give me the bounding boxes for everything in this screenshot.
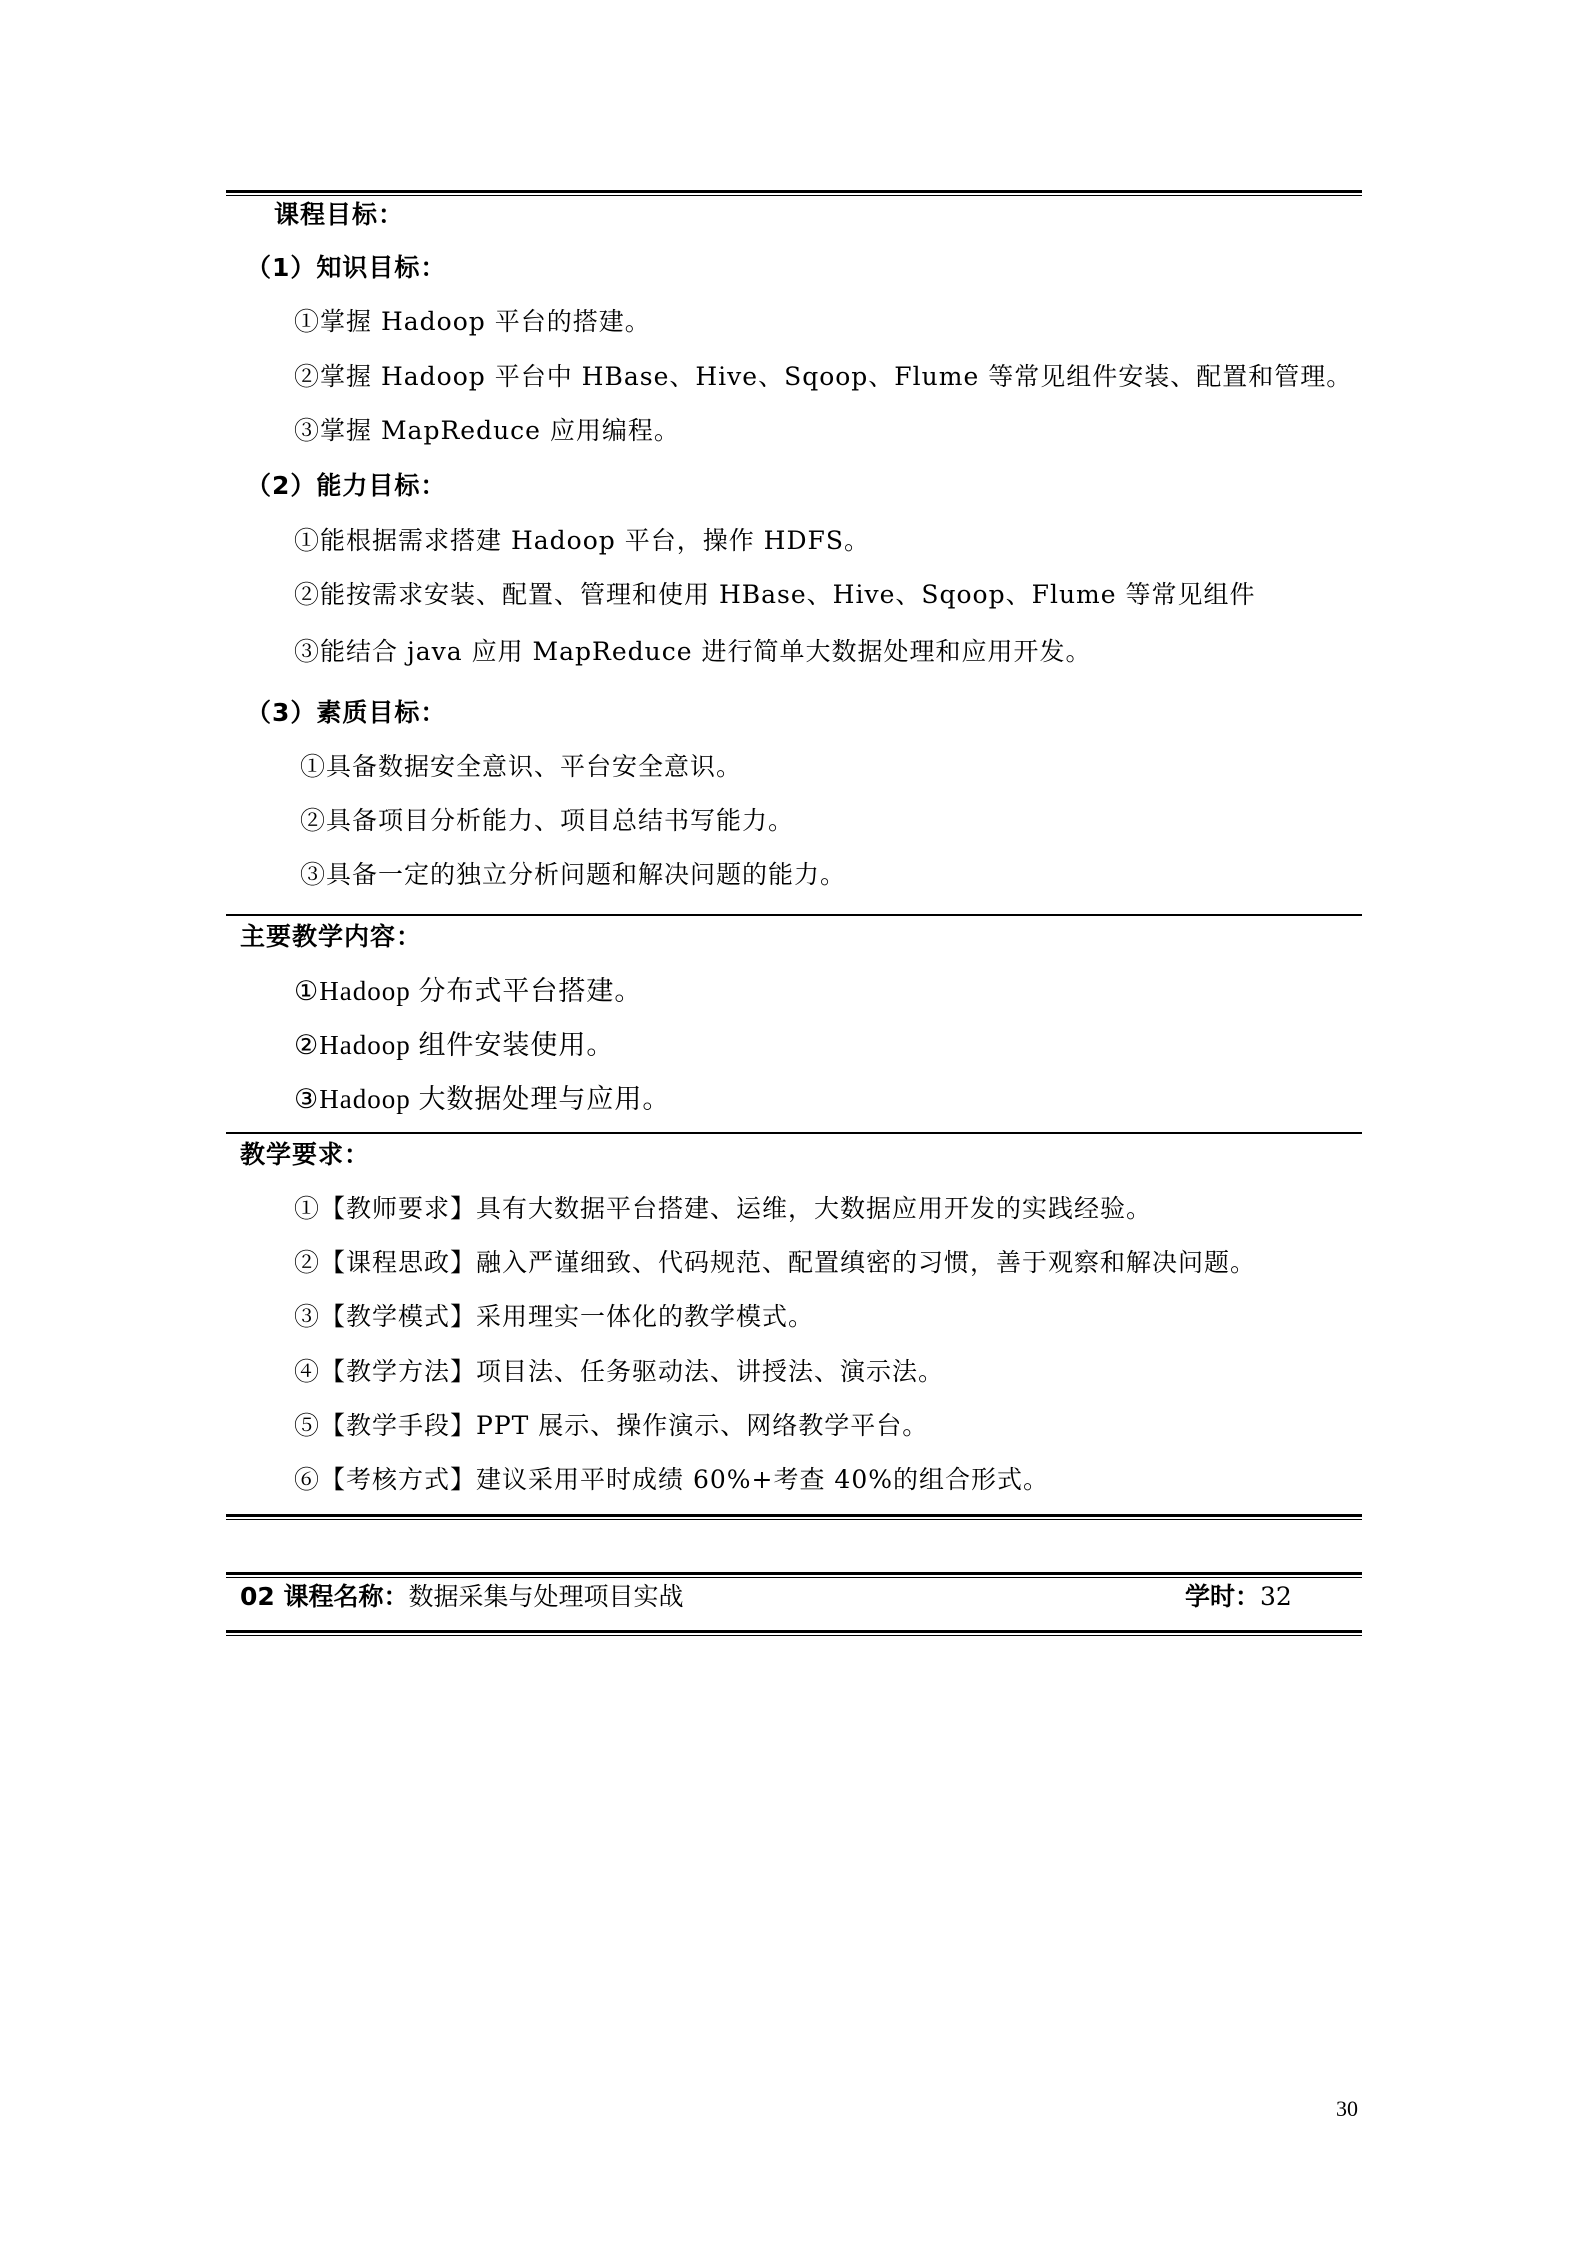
quality-objectives-heading: （3）素质目标： [246,698,446,728]
main-content-item: ③Hadoop 大数据处理与应用。 [294,1084,670,1114]
teaching-requirements-title: 教学要求： [240,1140,370,1170]
page-number: 30 [1336,2096,1358,2122]
section-divider [226,914,1362,916]
main-content-item: ①Hadoop 分布式平台搭建。 [294,976,642,1006]
teaching-requirement-item: ④【教学方法】项目法、任务驱动法、讲授法、演示法。 [294,1357,944,1387]
course-name: 数据采集与处理项目实战 [409,1582,684,1611]
teaching-requirement-item: ⑤【教学手段】PPT 展示、操作演示、网络教学平台。 [294,1411,928,1441]
ability-objective-item: ③能结合 java 应用 MapReduce 进行简单大数据处理和应用开发。 [294,637,1092,667]
course-objectives-title: 课程目标： [274,200,404,230]
top-double-rule [226,190,1362,196]
course-header-top-rule [226,1572,1362,1578]
hours-label: 学时： [1185,1582,1260,1611]
knowledge-objective-item: ①掌握 Hadoop 平台的搭建。 [294,307,651,337]
quality-objective-item: ②具备项目分析能力、项目总结书写能力。 [300,806,794,836]
quality-objective-item: ①具备数据安全意识、平台安全意识。 [300,752,742,782]
ability-objectives-heading: （2）能力目标： [246,471,446,501]
section-divider [226,1132,1362,1134]
main-content-item: ②Hadoop 组件安装使用。 [294,1030,614,1060]
course-name-label: 02 课程名称： [240,1582,409,1611]
course-hours: 学时：32 [1185,1582,1292,1612]
course-header-bottom-rule [226,1630,1362,1636]
document-page: 课程目标： （1）知识目标： ①掌握 Hadoop 平台的搭建。 ②掌握 Had… [0,0,1587,2245]
ability-objective-item: ②能按需求安装、配置、管理和使用 HBase、Hive、Sqoop、Flume … [294,580,1256,610]
next-course-header: 02 课程名称：数据采集与处理项目实战 学时：32 [240,1582,1290,1612]
hours-value: 32 [1260,1582,1292,1611]
knowledge-objective-item: ③掌握 MapReduce 应用编程。 [294,416,680,446]
teaching-requirement-item: ②【课程思政】融入严谨细致、代码规范、配置缜密的习惯，善于观察和解决问题。 [294,1248,1256,1278]
main-content-title: 主要教学内容： [240,922,422,952]
knowledge-objectives-heading: （1）知识目标： [246,253,446,283]
ability-objective-item: ①能根据需求搭建 Hadoop 平台，操作 HDFS。 [294,526,870,556]
teaching-requirement-item: ⑥【考核方式】建议采用平时成绩 60%+考查 40%的组合形式。 [294,1465,1049,1495]
knowledge-objective-item: ②掌握 Hadoop 平台中 HBase、Hive、Sqoop、Flume 等常… [294,362,1352,392]
teaching-requirement-item: ①【教师要求】具有大数据平台搭建、运维，大数据应用开发的实践经验。 [294,1194,1152,1224]
section-end-double-rule [226,1514,1362,1520]
quality-objective-item: ③具备一定的独立分析问题和解决问题的能力。 [300,860,846,890]
teaching-requirement-item: ③【教学模式】采用理实一体化的教学模式。 [294,1302,814,1332]
